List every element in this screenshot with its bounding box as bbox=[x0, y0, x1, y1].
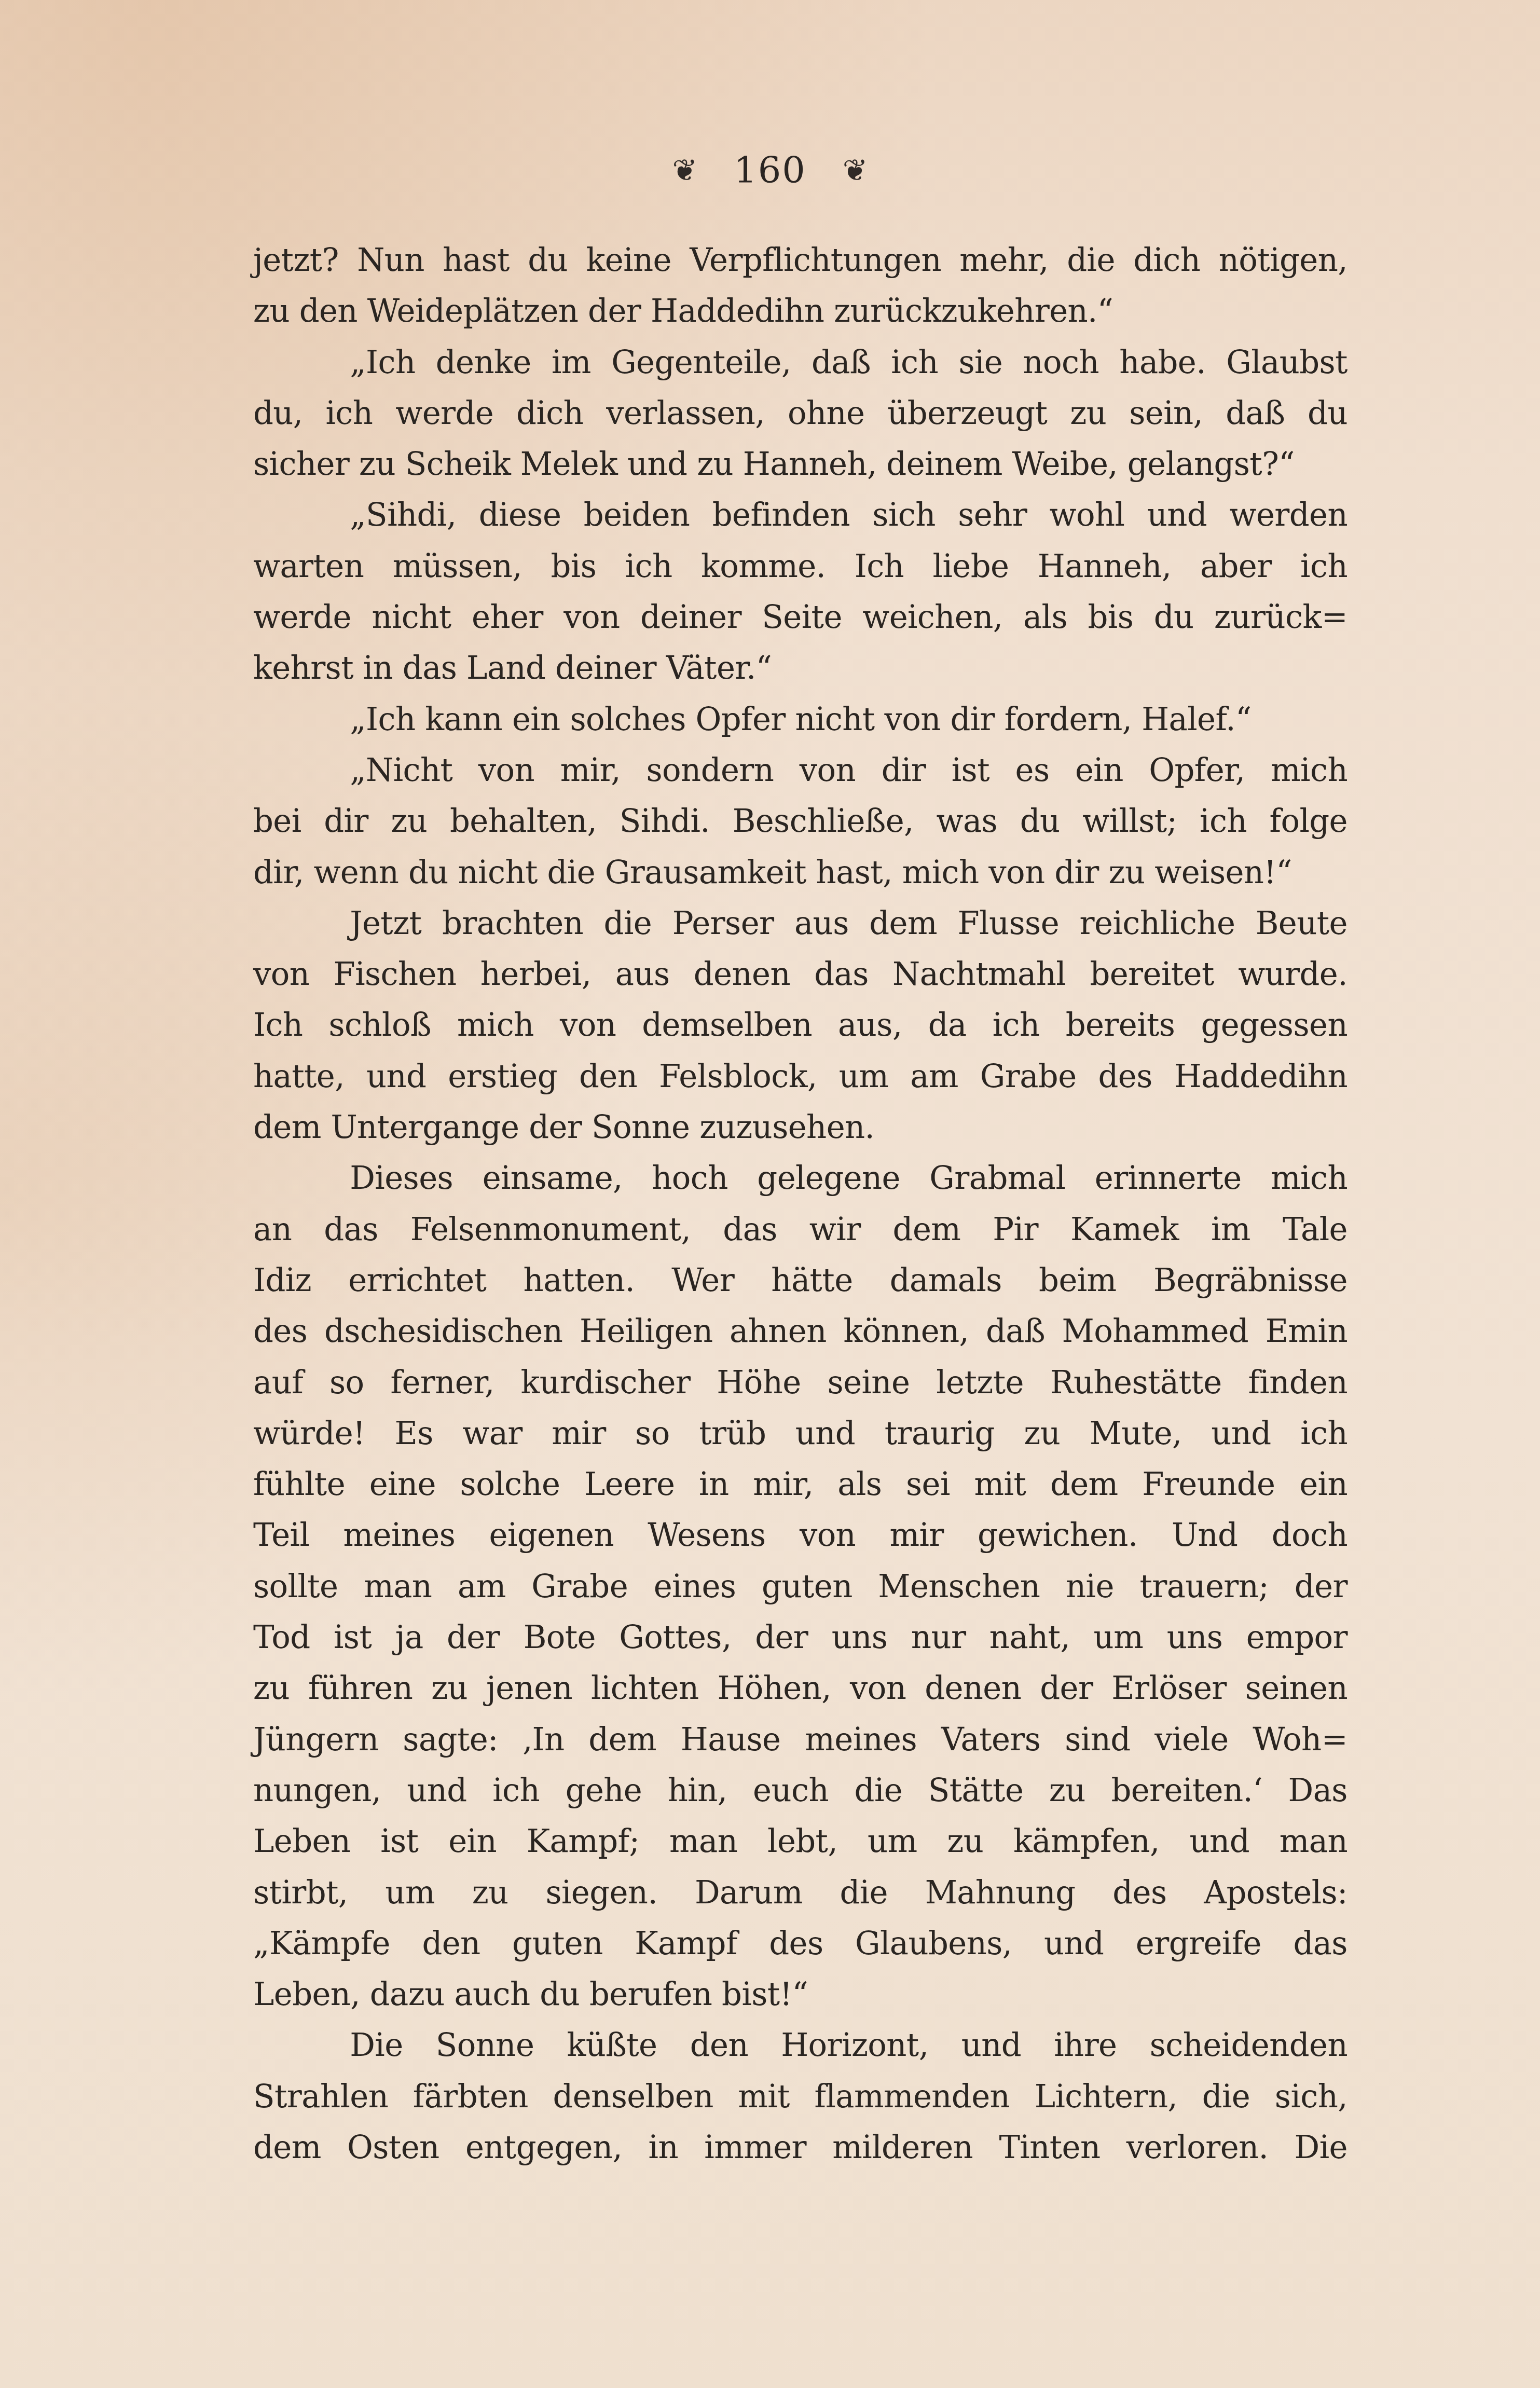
text-line: kehrst in das Land deiner Väter.“ bbox=[253, 642, 1347, 693]
floral-ornament-right-icon: ❦ bbox=[843, 155, 868, 185]
text-line-content: Jetzt brachten die Perser aus dem Flusse… bbox=[350, 898, 1347, 949]
text-line-content: an das Felsenmonument, das wir dem Pir K… bbox=[253, 1204, 1347, 1255]
text-line-content: werde nicht eher von deiner Seite weiche… bbox=[253, 592, 1347, 642]
text-line-content: „Kämpfe den guten Kampf des Glaubens, un… bbox=[253, 1918, 1347, 1969]
text-line: zu den Weideplätzen der Haddedihn zurück… bbox=[253, 285, 1347, 336]
body-text: jetzt? Nun hast du keine Verpflichtungen… bbox=[253, 235, 1370, 2173]
text-line-content: Jüngern sagte: ‚In dem Hause meines Vate… bbox=[253, 1714, 1347, 1765]
text-line: „Sihdi, diese beiden befinden sich sehr … bbox=[253, 489, 1347, 540]
text-line: von Fischen herbei, aus denen das Nachtm… bbox=[253, 949, 1347, 999]
text-line-content: kehrst in das Land deiner Väter.“ bbox=[253, 642, 1347, 693]
text-line: bei dir zu behalten, Sihdi. Beschließe, … bbox=[253, 795, 1347, 846]
text-line: Idiz errichtet hatten. Wer hätte damals … bbox=[253, 1255, 1347, 1306]
text-line: Leben, dazu auch du berufen bist!“ bbox=[253, 1969, 1347, 2020]
text-line-content: sollte man am Grabe eines guten Menschen… bbox=[253, 1561, 1347, 1612]
text-line-content: du, ich werde dich verlassen, ohne überz… bbox=[253, 388, 1347, 438]
text-line: Ich schloß mich von demselben aus, da ic… bbox=[253, 999, 1347, 1050]
text-line-content: Teil meines eigenen Wesens von mir gewic… bbox=[253, 1509, 1347, 1560]
text-line-content: „Nicht von mir, sondern von dir ist es e… bbox=[350, 745, 1347, 795]
text-line-content: Strahlen färbten denselben mit flammende… bbox=[253, 2071, 1347, 2122]
text-line: an das Felsenmonument, das wir dem Pir K… bbox=[253, 1204, 1347, 1255]
text-line: würde! Es war mir so trüb und traurig zu… bbox=[253, 1408, 1347, 1459]
text-line-content: stirbt, um zu siegen. Darum die Mahnung … bbox=[253, 1867, 1347, 1918]
text-line-content: fühlte eine solche Leere in mir, als sei… bbox=[253, 1459, 1347, 1509]
text-line-content: zu den Weideplätzen der Haddedihn zurück… bbox=[253, 285, 1347, 336]
text-line: zu führen zu jenen lichten Höhen, von de… bbox=[253, 1663, 1347, 1713]
text-line: nungen, und ich gehe hin, euch die Stätt… bbox=[253, 1765, 1347, 1816]
text-line-content: auf so ferner, kurdischer Höhe seine let… bbox=[253, 1357, 1347, 1408]
text-line: auf so ferner, kurdischer Höhe seine let… bbox=[253, 1357, 1347, 1408]
text-line-content: „Ich denke im Gegenteile, daß ich sie no… bbox=[350, 337, 1347, 388]
text-line: Strahlen färbten denselben mit flammende… bbox=[253, 2071, 1347, 2122]
text-line-content: Leben, dazu auch du berufen bist!“ bbox=[253, 1969, 1347, 2020]
text-line: dem Osten entgegen, in immer milderen Ti… bbox=[253, 2122, 1347, 2173]
text-line-content: Ich schloß mich von demselben aus, da ic… bbox=[253, 999, 1347, 1050]
text-line: „Ich kann ein solches Opfer nicht von di… bbox=[253, 694, 1347, 745]
text-line-content: Tod ist ja der Bote Gottes, der uns nur … bbox=[253, 1612, 1347, 1663]
text-line-content: „Sihdi, diese beiden befinden sich sehr … bbox=[350, 489, 1347, 540]
text-line-content: von Fischen herbei, aus denen das Nachtm… bbox=[253, 949, 1347, 999]
text-line: Dieses einsame, hoch gelegene Grabmal er… bbox=[253, 1152, 1347, 1203]
text-line-content: sicher zu Scheik Melek und zu Hanneh, de… bbox=[253, 438, 1347, 489]
text-line-content: Die Sonne küßte den Horizont, und ihre s… bbox=[350, 2020, 1347, 2070]
text-line-content: bei dir zu behalten, Sihdi. Beschließe, … bbox=[253, 795, 1347, 846]
text-line: stirbt, um zu siegen. Darum die Mahnung … bbox=[253, 1867, 1347, 1918]
text-line: „Ich denke im Gegenteile, daß ich sie no… bbox=[253, 337, 1347, 388]
text-line-content: dem Untergange der Sonne zuzusehen. bbox=[253, 1102, 1347, 1152]
text-line-content: Dieses einsame, hoch gelegene Grabmal er… bbox=[350, 1152, 1347, 1203]
text-line-content: dir, wenn du nicht die Grausamkeit hast,… bbox=[253, 847, 1347, 898]
text-line-content: dem Osten entgegen, in immer milderen Ti… bbox=[253, 2122, 1347, 2173]
text-line-content: Idiz errichtet hatten. Wer hätte damals … bbox=[253, 1255, 1347, 1306]
text-line-content: hatte, und erstieg den Felsblock, um am … bbox=[253, 1051, 1347, 1102]
text-line: werde nicht eher von deiner Seite weiche… bbox=[253, 592, 1347, 642]
text-line: „Kämpfe den guten Kampf des Glaubens, un… bbox=[253, 1918, 1347, 1969]
text-line-content: „Ich kann ein solches Opfer nicht von di… bbox=[350, 694, 1347, 745]
text-line-content: jetzt? Nun hast du keine Verpflichtungen… bbox=[253, 235, 1347, 285]
page-header: ❦ 160 ❦ bbox=[0, 139, 1540, 201]
text-line: Teil meines eigenen Wesens von mir gewic… bbox=[253, 1509, 1347, 1560]
text-line: des dschesidischen Heiligen ahnen können… bbox=[253, 1306, 1347, 1356]
text-line-content: warten müssen, bis ich komme. Ich liebe … bbox=[253, 541, 1347, 592]
text-line: du, ich werde dich verlassen, ohne überz… bbox=[253, 388, 1347, 438]
text-line: sollte man am Grabe eines guten Menschen… bbox=[253, 1561, 1347, 1612]
text-line: fühlte eine solche Leere in mir, als sei… bbox=[253, 1459, 1347, 1509]
page-number: 160 bbox=[734, 149, 806, 191]
text-line: sicher zu Scheik Melek und zu Hanneh, de… bbox=[253, 438, 1347, 489]
text-line-content: nungen, und ich gehe hin, euch die Stätt… bbox=[253, 1765, 1347, 1816]
floral-ornament-left-icon: ❦ bbox=[672, 155, 698, 185]
text-line: dir, wenn du nicht die Grausamkeit hast,… bbox=[253, 847, 1347, 898]
text-line: Tod ist ja der Bote Gottes, der uns nur … bbox=[253, 1612, 1347, 1663]
text-line: jetzt? Nun hast du keine Verpflichtungen… bbox=[253, 235, 1347, 285]
text-line: Die Sonne küßte den Horizont, und ihre s… bbox=[253, 2020, 1347, 2070]
text-line: warten müssen, bis ich komme. Ich liebe … bbox=[253, 541, 1347, 592]
text-line: „Nicht von mir, sondern von dir ist es e… bbox=[253, 745, 1347, 795]
text-line: Jüngern sagte: ‚In dem Hause meines Vate… bbox=[253, 1714, 1347, 1765]
text-line: hatte, und erstieg den Felsblock, um am … bbox=[253, 1051, 1347, 1102]
text-line-content: des dschesidischen Heiligen ahnen können… bbox=[253, 1306, 1347, 1356]
text-line: dem Untergange der Sonne zuzusehen. bbox=[253, 1102, 1347, 1152]
book-page: ❦ 160 ❦ jetzt? Nun hast du keine Verpfli… bbox=[0, 0, 1540, 2388]
text-line-content: würde! Es war mir so trüb und traurig zu… bbox=[253, 1408, 1347, 1459]
text-line-content: Leben ist ein Kampf; man lebt, um zu käm… bbox=[253, 1816, 1347, 1867]
text-line: Leben ist ein Kampf; man lebt, um zu käm… bbox=[253, 1816, 1347, 1867]
text-line: Jetzt brachten die Perser aus dem Flusse… bbox=[253, 898, 1347, 949]
text-line-content: zu führen zu jenen lichten Höhen, von de… bbox=[253, 1663, 1347, 1713]
